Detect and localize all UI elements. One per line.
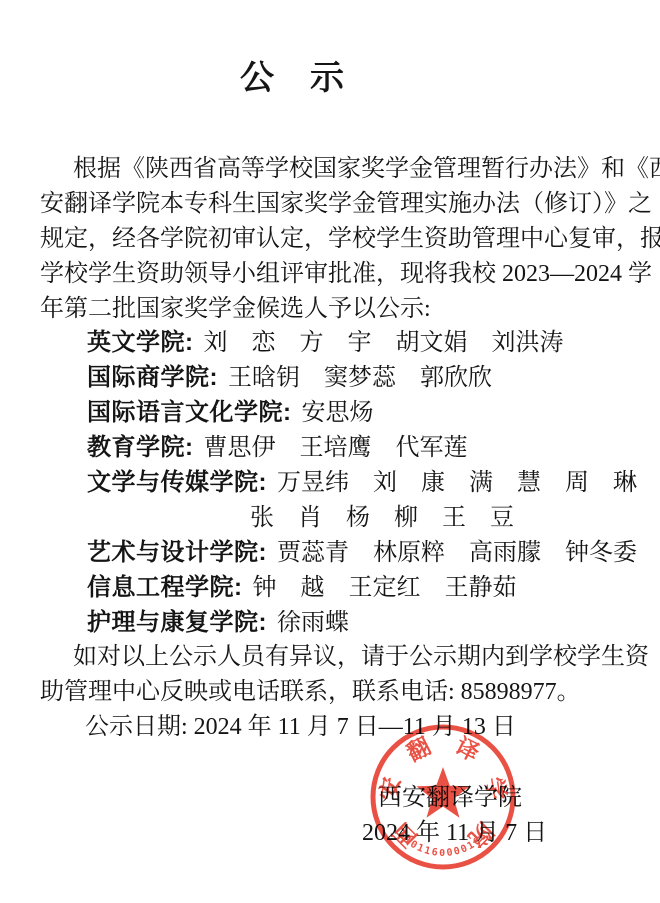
page-title: 公 示	[0, 50, 585, 99]
intro-line: 根据《陕西省高等学校国家奖学金管理暂行办法》和《西	[0, 152, 660, 187]
college-students: 曹思伊 王培鹰 代军莲	[204, 435, 468, 461]
signature-date: 2024 年 11 月 7 日	[0, 816, 660, 851]
college-name: 信息工程学院:	[87, 574, 243, 601]
college-name: 文学与传媒学院:	[87, 469, 267, 496]
college-students: 刘 恋 方 宇 胡文娟 刘洪涛	[204, 330, 564, 356]
publicity-date: 公示日期: 2024 年 11 月 7 日—11 月 13 日	[0, 710, 660, 745]
closing-line: 如对以上公示人员有异议，请于公示期内到学校学生资	[0, 640, 660, 675]
college-row: 教育学院:曹思伊 王培鹰 代军莲	[0, 431, 660, 466]
college-row: 信息工程学院:钟 越 王定红 王静茹	[0, 571, 660, 606]
college-students: 王晗钥 窦梦蕊 郭欣欣	[228, 365, 492, 391]
college-name: 国际商学院:	[87, 364, 218, 391]
college-name: 国际语言文化学院:	[87, 399, 292, 426]
college-row: 英文学院:刘 恋 方 宇 胡文娟 刘洪涛	[0, 326, 660, 361]
intro-line: 年第二批国家奖学金候选人予以公示:	[0, 292, 660, 327]
college-row: 国际语言文化学院:安思炀	[0, 396, 660, 431]
college-students: 钟 越 王定红 王静茹	[253, 575, 517, 601]
intro-line: 规定，经各学院初审认定，学校学生资助管理中心复审，报	[0, 222, 660, 257]
college-row: 护理与康复学院:徐雨蝶	[0, 606, 660, 641]
college-row: 国际商学院:王晗钥 窦梦蕊 郭欣欣	[0, 361, 660, 396]
college-students: 安思炀	[302, 400, 374, 426]
notice-document-page: 公 示 根据《陕西省高等学校国家奖学金管理暂行办法》和《西安翻译学院本专科生国家…	[0, 0, 660, 903]
closing-line: 助管理中心反映或电话联系，联系电话: 85898977。	[0, 675, 660, 710]
college-students: 贾蕊青 林原粹 高雨朦 钟冬委	[277, 540, 637, 566]
intro-line: 安翻译学院本专科生国家奖学金管理实施办法（修订）》之	[0, 187, 660, 222]
intro-line: 学校学生资助领导小组评审批准，现将我校 2023—2024 学	[0, 257, 660, 292]
signature-org: 西安翻译学院	[0, 781, 660, 816]
college-row: 文学与传媒学院:万昱纬 刘 康 满 慧 周 琳	[0, 466, 660, 501]
college-students: 徐雨蝶	[277, 610, 349, 636]
college-students-continued: 张 肖 杨 柳 王 豆	[0, 501, 660, 536]
college-row: 艺术与设计学院:贾蕊青 林原粹 高雨朦 钟冬委	[0, 536, 660, 571]
document-body: 根据《陕西省高等学校国家奖学金管理暂行办法》和《西安翻译学院本专科生国家奖学金管…	[0, 152, 660, 851]
college-name: 教育学院:	[87, 434, 194, 461]
college-name: 英文学院:	[87, 329, 194, 356]
college-name: 护理与康复学院:	[87, 609, 267, 636]
college-students: 万昱纬 刘 康 满 慧 周 琳	[277, 470, 637, 496]
college-name: 艺术与设计学院:	[87, 539, 267, 566]
